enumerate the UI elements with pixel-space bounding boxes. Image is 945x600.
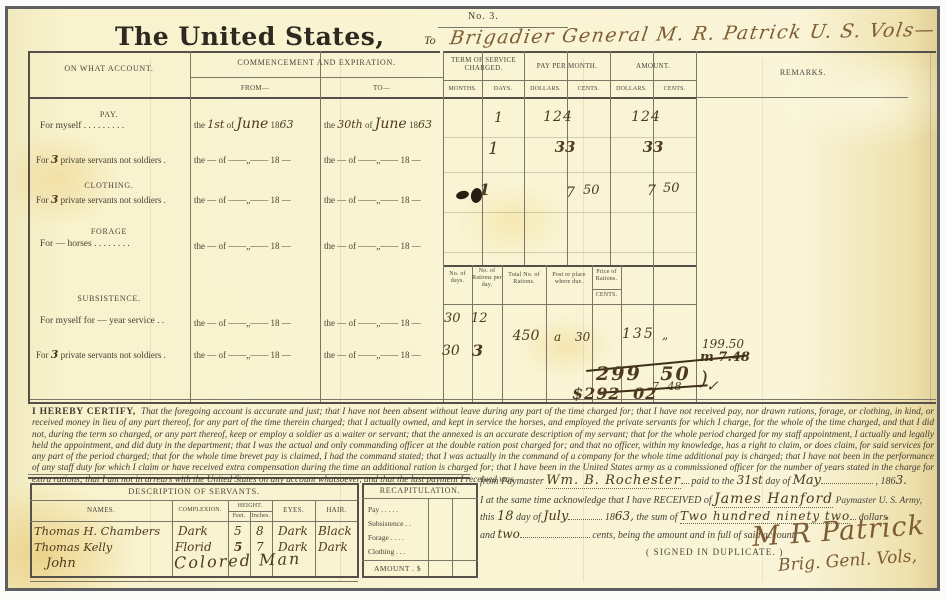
subcol-post: Post or place where due. <box>546 272 592 286</box>
entry-servant-count: 3 <box>51 193 59 206</box>
entry-clothing-rate-dollars: 7 <box>566 185 575 201</box>
grid-line <box>476 483 478 576</box>
recap-amount-row: AMOUNT . $ <box>374 564 421 573</box>
subcol-days: No. of days. <box>443 271 472 285</box>
printed-of: of <box>365 120 373 130</box>
printed-18: 18 <box>271 120 280 130</box>
receipt-printed: 18 <box>605 512 615 523</box>
receipt-line-2: I at the same time acknowledge that I ha… <box>480 491 938 507</box>
grid-line <box>443 51 936 53</box>
grid-line <box>443 80 696 81</box>
entry-months-servants: 1 <box>488 139 499 159</box>
dotted-fill <box>568 510 602 520</box>
receipt-printed: the sum of <box>636 512 677 523</box>
grid-line <box>452 498 453 576</box>
grid-line <box>357 483 359 578</box>
grid-line <box>696 97 908 98</box>
blank-date: the — of ——„—— 18 — <box>324 155 442 165</box>
grid-line <box>30 483 32 578</box>
grid-line <box>482 51 483 265</box>
receipt-line-1: from Paymaster Wm. B. Rochester paid to … <box>480 473 938 488</box>
dotted-fill <box>681 474 689 484</box>
certificate-lead: I HEREBY CERTIFY, <box>32 406 136 417</box>
receipt-printed: Paymaster U. S. Army, <box>836 496 922 506</box>
servant-feet: 5 <box>234 524 242 538</box>
paid-to-year: 3. <box>896 473 907 487</box>
subcol-price: Price of Rations. <box>592 269 621 283</box>
col-header-account: ON WHAT ACCOUNT. <box>28 64 190 73</box>
printed-of: of <box>227 120 235 130</box>
row-label-clothing-servants: For 3 private servants not soldiers . <box>36 193 166 206</box>
blank-date: the — of ——„—— 18 — <box>324 350 442 360</box>
servant-eyes: Dark <box>278 524 308 538</box>
recap-item-subsistence: Subsistence . . <box>368 519 411 528</box>
grid-line <box>443 252 696 253</box>
col-header-commencement: COMMENCEMENT AND EXPIRATION. <box>190 58 443 67</box>
grid-line <box>30 576 358 578</box>
entry-clothing-rate-cents: 50 <box>583 183 600 198</box>
blank-date: the — of ——„—— 18 — <box>324 195 442 205</box>
grid-line <box>362 483 364 576</box>
row-label-subsistence-myself: For myself for — year service . . <box>40 316 164 326</box>
section-clothing: CLOTHING. <box>28 181 190 190</box>
section-forage: FORAGE <box>28 227 190 236</box>
recap-item-forage: Forage . . . . <box>368 533 404 542</box>
col-header-remarks: REMARKS. <box>696 68 910 77</box>
subcol-price-cents: CENTS. <box>592 292 621 299</box>
receipt-printed: I at the same time acknowledge that I ha… <box>480 495 712 506</box>
col-header-amount-dollars: DOLLARS. <box>610 86 653 93</box>
printed-servants: private servants not soldiers . <box>61 350 166 360</box>
recap-amount-sign: $ <box>417 564 421 573</box>
grid-line <box>362 560 478 561</box>
paid-to-month: May <box>793 473 821 488</box>
subcol-total-rations: Total No. of Rations. <box>502 272 546 286</box>
row-label-for-myself: For myself . . . . . . . . . <box>40 121 124 131</box>
grid-line <box>443 212 696 213</box>
section-subsistence: SUBSISTENCE. <box>28 294 190 303</box>
section-pay: PAY. <box>28 110 190 119</box>
servant-hair: Dark <box>318 540 348 554</box>
printed-for: For <box>36 350 49 360</box>
printed-for: For <box>36 195 49 205</box>
col-header-amount: AMOUNT. <box>610 62 696 70</box>
col-header-amount-cents: CENTS. <box>653 86 696 93</box>
grid-line <box>443 265 696 267</box>
entry-sub-rations-myself: 12 <box>471 311 488 326</box>
entry-months-clothing: 1 <box>479 180 490 199</box>
grid-line <box>696 51 697 402</box>
grid-line <box>592 289 621 290</box>
entry-sub-amount-cents: „ <box>662 328 668 342</box>
grid-line <box>567 51 568 265</box>
entry-from-month: June <box>236 116 268 132</box>
printed-the: the <box>194 120 205 130</box>
entry-from-day: 1st <box>207 118 224 131</box>
blank-date: the — of ——„—— 18 — <box>194 195 318 205</box>
row-label-for-horses: For — horses . . . . . . . . <box>40 239 130 249</box>
servant-name: John <box>46 556 76 571</box>
grid-line <box>524 51 525 265</box>
blank-date: the — of ——„—— 18 — <box>194 350 318 360</box>
servants-col-inches: Inches. <box>250 513 272 520</box>
grid-line <box>362 498 478 499</box>
entry-amount-servants: 33 <box>636 138 670 156</box>
margin-note-1: 199.50 <box>702 337 744 351</box>
servants-table-title: DESCRIPTION OF SERVANTS. <box>30 487 358 496</box>
blank-date: the — of ——„—— 18 — <box>194 318 318 328</box>
printed-18: 18 <box>409 120 418 130</box>
printed-servants: private servants not soldiers . <box>61 195 166 205</box>
grid-line <box>28 97 696 99</box>
grid-line <box>30 581 358 582</box>
blank-date: the — of ——„—— 18 — <box>194 155 318 165</box>
servant-hair: Black <box>318 524 352 538</box>
entry-servant-count: 3 <box>51 348 59 361</box>
grid-line <box>190 77 443 78</box>
col-header-from: FROM— <box>190 84 320 92</box>
entry-sub-days-myself: 30 <box>444 311 461 326</box>
entry-sub-rations-servants: 3 <box>472 341 483 360</box>
grid-line <box>30 500 358 501</box>
receipt-year: 63, <box>615 509 634 523</box>
receipt-printed: from Paymaster <box>480 476 544 487</box>
receipt-printed: , 186 <box>876 476 896 487</box>
recap-item-clothing: Clothing . . . <box>368 547 406 556</box>
entry-pay-rate-myself: 124 <box>536 109 580 125</box>
col-header-days: DAYS. <box>482 86 524 93</box>
grid-line <box>362 483 478 485</box>
paymaster-name: Wm. B. Rochester <box>546 473 681 489</box>
servants-col-names: NAMES. <box>30 506 172 514</box>
scanned-pay-voucher: The United States, No. 3. To Brigadier G… <box>0 0 945 600</box>
form-title: The United States, <box>115 22 385 51</box>
grid-line <box>362 576 478 578</box>
servants-col-feet: Feet. <box>228 513 250 520</box>
entry-rate-note: a 30 <box>554 330 598 344</box>
blank-date: the — of ——„—— 18 — <box>324 318 442 328</box>
entry-months-myself: 1 <box>494 110 503 126</box>
entry-total-rations: 450 <box>506 328 546 344</box>
col-header-pay-dollars: DOLLARS. <box>524 86 567 93</box>
entry-to-yy: 63 <box>418 118 432 131</box>
col-header-months: MONTHS. <box>443 86 482 93</box>
subcol-rations-per-day: No. of Rations per day. <box>472 268 502 289</box>
recap-amount-dot: . <box>412 564 414 573</box>
receipt-printed: paid to the <box>691 476 734 487</box>
entry-servant-count: 3 <box>51 153 59 166</box>
blank-date: the — of ——„—— 18 — <box>324 241 442 251</box>
entry-net-total: $292 02 <box>572 384 657 403</box>
receipt-printed: this <box>480 512 494 523</box>
entry-from-yy: 63 <box>280 118 294 131</box>
entry-to-month: June <box>375 116 407 132</box>
date-to-pay-myself: the 30th of June 1863 <box>324 116 442 132</box>
dotted-fill <box>821 474 873 484</box>
receipt-month: July <box>543 509 568 524</box>
grid-line <box>28 51 440 53</box>
recap-item-pay: Pay . . . . . <box>368 505 398 514</box>
entry-amount-myself: 124 <box>624 109 668 125</box>
cents-in-words: two <box>498 527 520 541</box>
receipt-printed: day of <box>516 512 541 523</box>
servants-col-hair: HAIR. <box>315 506 358 514</box>
receipt-printed: day of <box>765 476 790 487</box>
grid-line <box>428 498 429 576</box>
paid-to-day: 31st <box>737 473 763 487</box>
blank-date: the — of ——„—— 18 — <box>194 241 318 251</box>
servant-complexion: Dark <box>178 524 208 538</box>
receipt-printed: and <box>480 530 495 541</box>
servant-name: Thomas Kelly <box>34 540 112 554</box>
recap-title: RECAPITULATION. <box>362 486 478 495</box>
printed-servants: private servants not soldiers . <box>61 155 166 165</box>
grid-line <box>320 51 321 402</box>
form-number: No. 3. <box>468 11 499 22</box>
recap-amount-label: AMOUNT <box>374 564 410 573</box>
dotted-fill <box>520 528 590 538</box>
grid-line <box>443 304 696 305</box>
col-header-term: TERM OF SERVICE CHARGED. <box>445 56 522 72</box>
date-from-pay-myself: the 1st of June 1863 <box>194 116 318 132</box>
row-label-subsistence-servants: For 3 private servants not soldiers . <box>36 348 166 361</box>
entry-pay-rate-servants: 33 <box>548 138 582 156</box>
entry-clothing-amount-dollars: 7 <box>647 183 656 199</box>
row-label-pay-servants: For 3 private servants not soldiers . <box>36 153 166 166</box>
entry-sub-days-servants: 30 <box>442 343 460 359</box>
grid-line <box>443 172 696 173</box>
servant-name: Thomas H. Chambers <box>34 524 160 538</box>
grid-line <box>28 399 936 400</box>
servants-col-eyes: EYES. <box>272 506 315 514</box>
servants-col-complexion: COMPLEXION. <box>172 507 228 514</box>
col-header-pay-cents: CENTS. <box>567 86 610 93</box>
entry-clothing-amount-cents: 50 <box>663 181 680 196</box>
printed-the: the <box>324 120 335 130</box>
receiving-paymaster-name: James Hanford <box>714 491 833 508</box>
servants-col-height: HEIGHT. <box>228 503 272 510</box>
entry-to-day: 30th <box>337 118 363 131</box>
grid-line <box>190 51 191 402</box>
grid-line <box>653 51 654 402</box>
to-label: To <box>424 33 436 48</box>
printed-for: For <box>36 155 49 165</box>
entry-sub-amount-dollars: 135 <box>622 326 655 342</box>
receipt-day: 18 <box>497 509 514 524</box>
grid-line <box>610 51 611 265</box>
grid-line <box>30 521 358 522</box>
col-header-pay: PAY PER MONTH. <box>524 62 610 70</box>
grid-line <box>30 483 358 485</box>
grid-line <box>930 51 931 402</box>
checkmark: ✓ <box>706 377 719 395</box>
servant-inches: 8 <box>256 524 264 538</box>
col-header-to: TO— <box>320 84 443 92</box>
grid-line <box>28 402 936 404</box>
